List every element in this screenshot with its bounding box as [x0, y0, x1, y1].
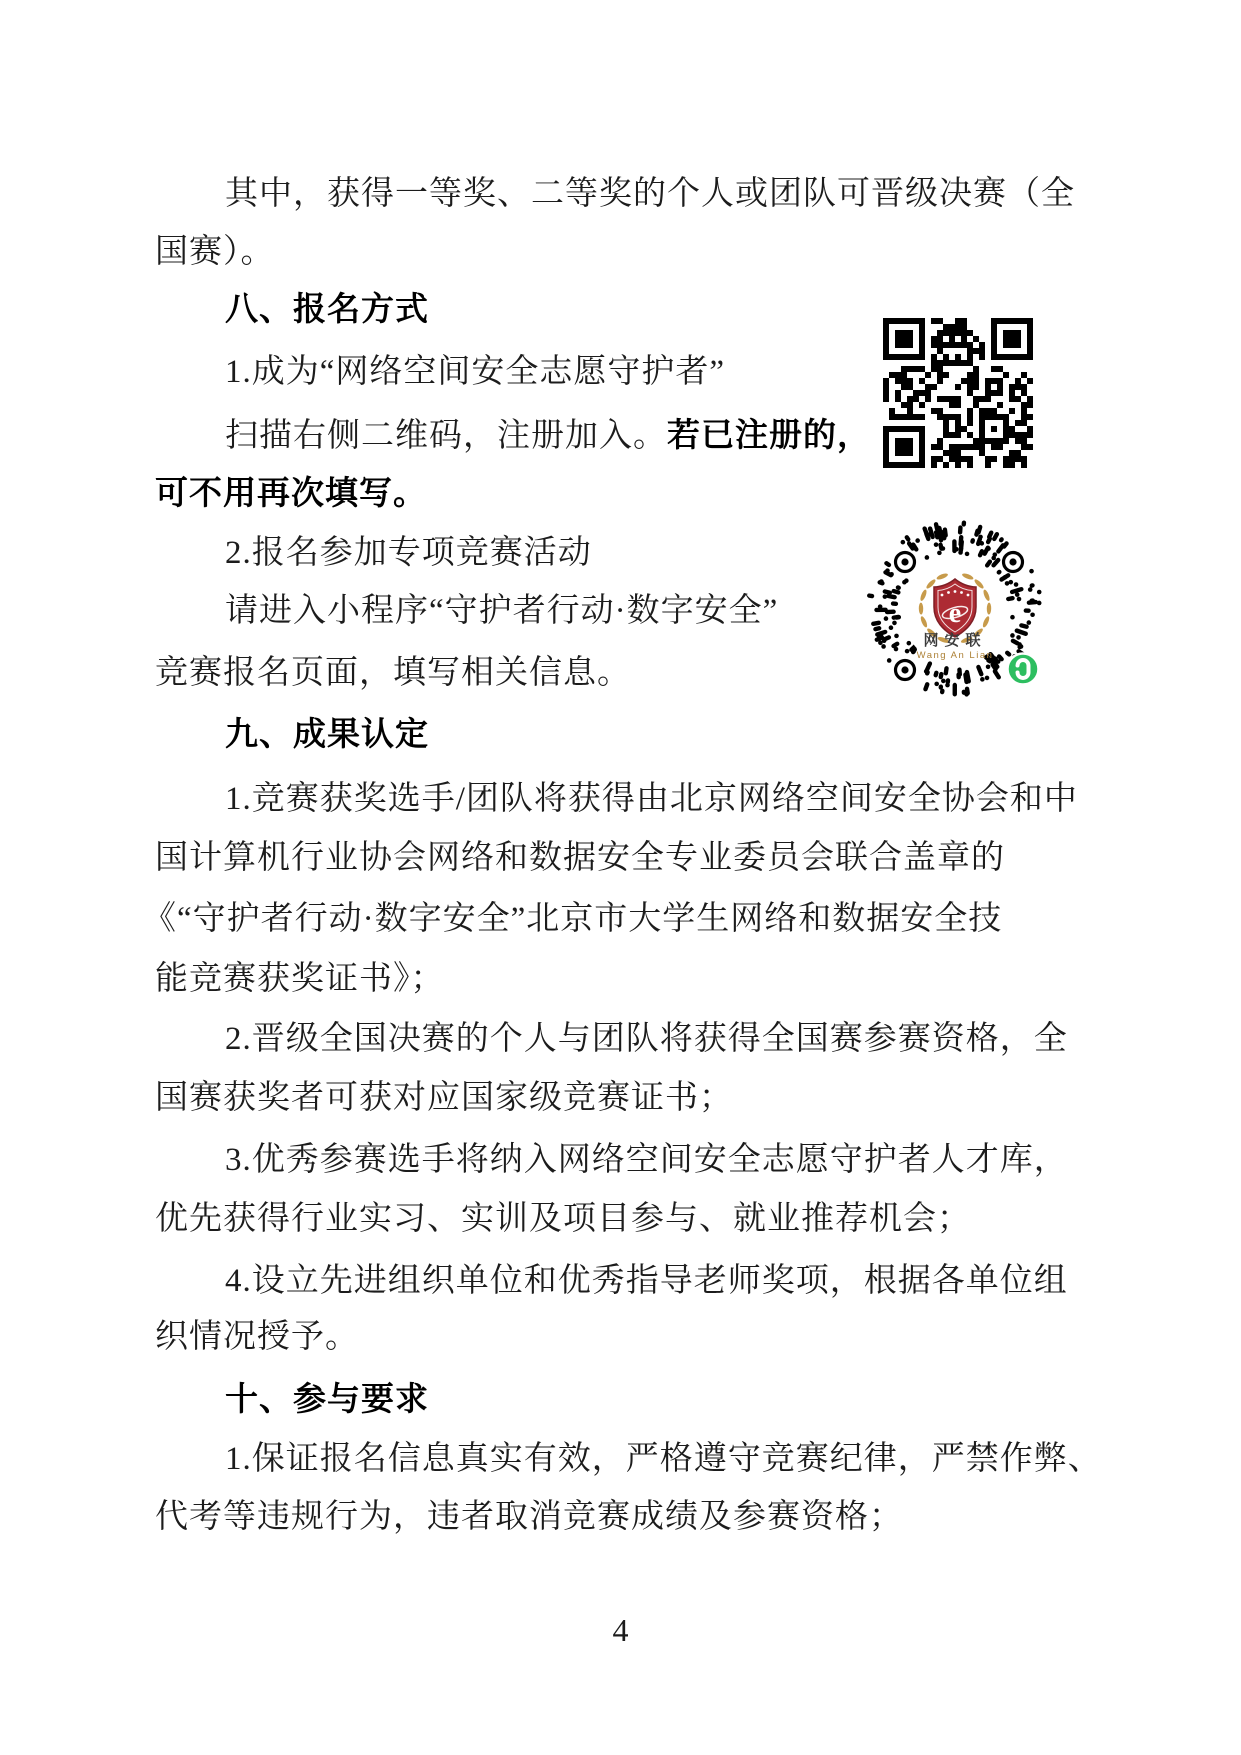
text-line: 其中，获得一等奖、二等奖的个人或团队可晋级决赛（全 [225, 174, 1075, 214]
logo-title: 网安联 [923, 631, 986, 649]
text-line: 织情况授予。 [155, 1317, 359, 1357]
text-line: 2.晋级全国决赛的个人与团队将获得全国赛参赛资格，全 [225, 1019, 1068, 1059]
text-line: 1.成为“网络空间安全志愿守护者” [225, 352, 725, 392]
document-page: 其中，获得一等奖、二等奖的个人或团队可晋级决赛（全 国赛）。 八、报名方式 1.… [0, 0, 1241, 1755]
text-line: 3.优秀参赛选手将纳入网络空间安全志愿守护者人才库， [225, 1140, 1068, 1180]
text-line: 2.报名参加专项竞赛活动 [225, 533, 592, 573]
wechat-miniprogram-icon [1008, 654, 1039, 685]
bold-text-segment: 若已注册的， [667, 418, 871, 454]
logo-subtitle: Wang An Lian [917, 650, 994, 661]
page-number: 4 [0, 1612, 1241, 1649]
logo-e-glyph: e [949, 598, 961, 629]
text-segment: 扫描右侧二维码，注册加入。 [225, 418, 667, 454]
qr-code-image [883, 318, 1033, 468]
text-line: 请进入小程序“守护者行动·数字安全” [225, 591, 778, 631]
text-line: 国赛）。 [155, 232, 275, 272]
text-line: 扫描右侧二维码，注册加入。若已注册的， [225, 416, 871, 456]
text-line: 《“守护者行动·数字安全”北京市大学生网络和数据安全技 [143, 899, 1002, 939]
text-line: 国赛获奖者可获对应国家级竞赛证书； [155, 1078, 733, 1118]
section-heading-10: 十、参与要求 [225, 1380, 429, 1420]
text-line: 1.竞赛获奖选手/团队将获得由北京网络空间安全协会和中 [225, 779, 1078, 819]
miniprogram-code-image: e 网安联 Wang An Lian [855, 509, 1055, 709]
section-heading-8: 八、报名方式 [225, 290, 429, 330]
text-line: 竞赛报名页面，填写相关信息。 [155, 653, 631, 693]
text-line: 优先获得行业实习、实训及项目参与、就业推荐机会； [155, 1199, 971, 1239]
text-line: 1.保证报名信息真实有效，严格遵守竞赛纪律，严禁作弊、 [225, 1439, 1102, 1479]
text-line: 能竞赛获奖证书》； [155, 959, 445, 999]
qr-code-pattern [883, 318, 1033, 468]
text-line: 代考等违规行为，违者取消竞赛成绩及参赛资格； [155, 1497, 903, 1537]
section-heading-9: 九、成果认定 [225, 715, 429, 755]
text-line: 国计算机行业协会网络和数据安全专业委员会联合盖章的 [155, 838, 1005, 878]
text-line: 4.设立先进组织单位和优秀指导老师奖项，根据各单位组 [225, 1261, 1068, 1301]
bold-text-line: 可不用再次填写。 [155, 474, 427, 514]
